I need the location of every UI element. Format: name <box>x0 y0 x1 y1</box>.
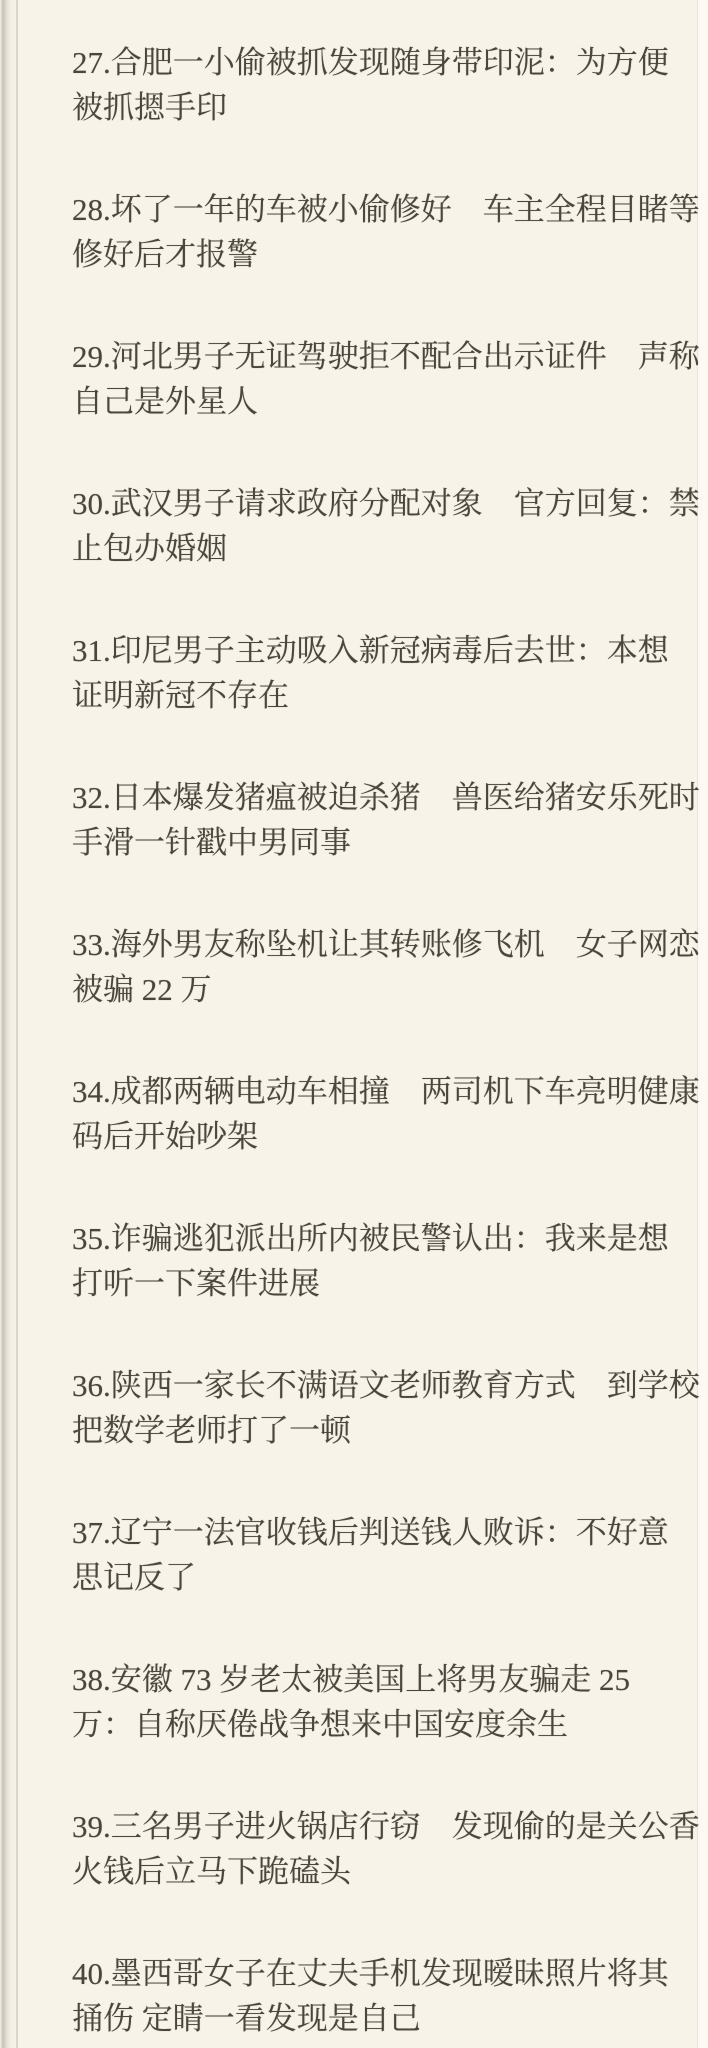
headline-line: 手滑一针戳中男同事 <box>72 820 652 865</box>
headline-line: 思记反了 <box>72 1555 652 1600</box>
headline-line: 40.墨西哥女子在丈夫手机发现暧昧照片将其 <box>72 1951 652 1996</box>
headline-line: 止包办婚姻 <box>72 526 652 571</box>
headline-line: 33.海外男友称坠机让其转账修飞机 女子网恋 <box>72 922 652 967</box>
news-item: 31.印尼男子主动吸入新冠病毒后去世：本想证明新冠不存在 <box>72 628 652 718</box>
headline-line: 把数学老师打了一顿 <box>72 1408 652 1453</box>
headline-line: 万：自称厌倦战争想来中国安度余生 <box>72 1702 652 1747</box>
headline-line: 被抓摁手印 <box>72 85 652 130</box>
news-item: 39.三名男子进火锅店行窃 发现偷的是关公香火钱后立马下跪磕头 <box>72 1804 652 1894</box>
news-item: 37.辽宁一法官收钱后判送钱人败诉：不好意思记反了 <box>72 1510 652 1600</box>
headline-line: 39.三名男子进火锅店行窃 发现偷的是关公香 <box>72 1804 652 1849</box>
headline-line: 38.安徽 73 岁老太被美国上将男友骗走 25 <box>72 1657 652 1702</box>
headline-line: 自己是外星人 <box>72 379 652 424</box>
headline-line: 29.河北男子无证驾驶拒不配合出示证件 声称 <box>72 334 652 379</box>
headline-line: 火钱后立马下跪磕头 <box>72 1849 652 1894</box>
headline-line: 30.武汉男子请求政府分配对象 官方回复：禁 <box>72 481 652 526</box>
headline-line: 37.辽宁一法官收钱后判送钱人败诉：不好意 <box>72 1510 652 1555</box>
headline-line: 修好后才报警 <box>72 232 652 277</box>
headline-line: 捅伤 定睛一看发现是自己 <box>72 1996 652 2041</box>
news-item: 28.坏了一年的车被小偷修好 车主全程目睹等修好后才报警 <box>72 187 652 277</box>
headline-list: 27.合肥一小偷被抓发现随身带印泥：为方便被抓摁手印28.坏了一年的车被小偷修好… <box>0 0 708 2041</box>
headline-line: 31.印尼男子主动吸入新冠病毒后去世：本想 <box>72 628 652 673</box>
news-item: 27.合肥一小偷被抓发现随身带印泥：为方便被抓摁手印 <box>72 40 652 130</box>
headline-line: 证明新冠不存在 <box>72 673 652 718</box>
headline-line: 28.坏了一年的车被小偷修好 车主全程目睹等 <box>72 187 652 232</box>
news-item: 40.墨西哥女子在丈夫手机发现暧昧照片将其捅伤 定睛一看发现是自己 <box>72 1951 652 2041</box>
news-item: 33.海外男友称坠机让其转账修飞机 女子网恋被骗 22 万 <box>72 922 652 1012</box>
news-item: 34.成都两辆电动车相撞 两司机下车亮明健康码后开始吵架 <box>72 1069 652 1159</box>
headline-line: 27.合肥一小偷被抓发现随身带印泥：为方便 <box>72 40 652 85</box>
news-item: 30.武汉男子请求政府分配对象 官方回复：禁止包办婚姻 <box>72 481 652 571</box>
news-item: 38.安徽 73 岁老太被美国上将男友骗走 25万：自称厌倦战争想来中国安度余生 <box>72 1657 652 1747</box>
news-item: 36.陕西一家长不满语文老师教育方式 到学校把数学老师打了一顿 <box>72 1363 652 1453</box>
headline-line: 打听一下案件进展 <box>72 1261 652 1306</box>
news-item: 29.河北男子无证驾驶拒不配合出示证件 声称自己是外星人 <box>72 334 652 424</box>
headline-line: 34.成都两辆电动车相撞 两司机下车亮明健康 <box>72 1069 652 1114</box>
headline-line: 35.诈骗逃犯派出所内被民警认出：我来是想 <box>72 1216 652 1261</box>
headline-line: 32.日本爆发猪瘟被迫杀猪 兽医给猪安乐死时 <box>72 775 652 820</box>
headline-line: 36.陕西一家长不满语文老师教育方式 到学校 <box>72 1363 652 1408</box>
headline-line: 被骗 22 万 <box>72 967 652 1012</box>
news-item: 32.日本爆发猪瘟被迫杀猪 兽医给猪安乐死时手滑一针戳中男同事 <box>72 775 652 865</box>
news-item: 35.诈骗逃犯派出所内被民警认出：我来是想打听一下案件进展 <box>72 1216 652 1306</box>
headline-line: 码后开始吵架 <box>72 1114 652 1159</box>
